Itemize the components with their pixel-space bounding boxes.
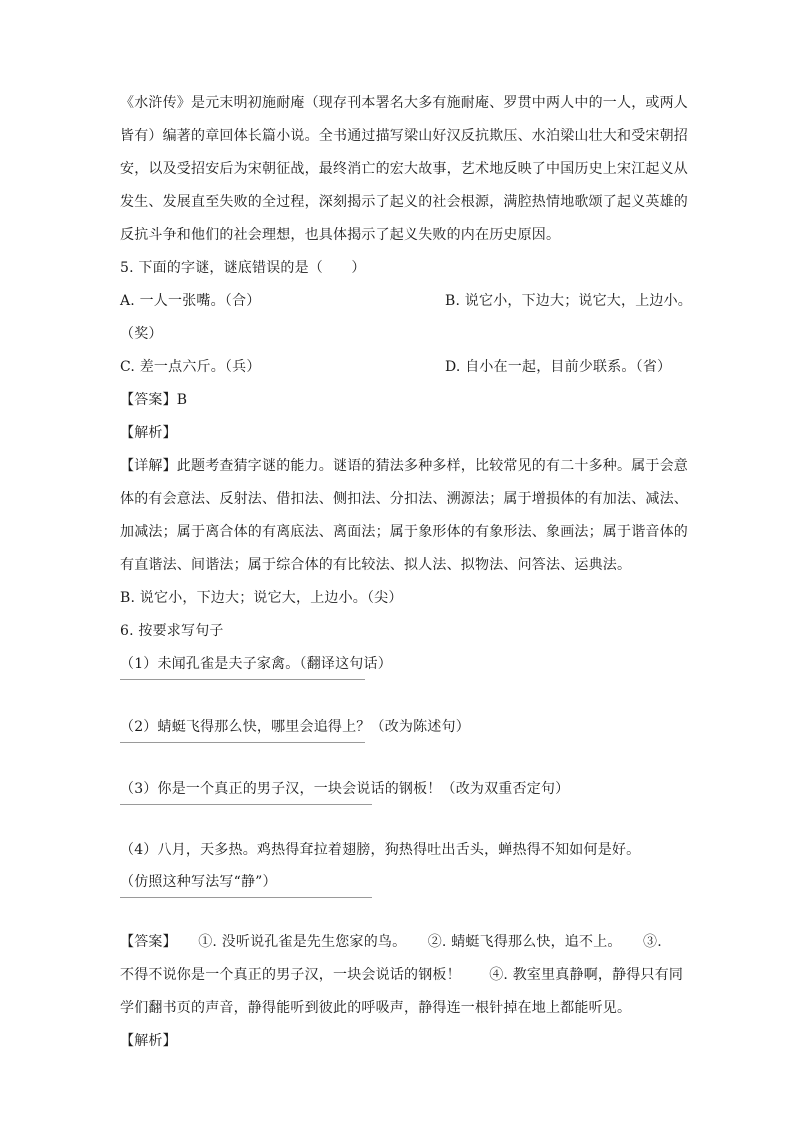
intro-paragraph-line: 安，以及受招安后为宋朝征战，最终消亡的宏大故事，艺术地反映了中国历史上宋江起义从 — [120, 160, 688, 178]
question-6-item-2: （2）蜻蜓飞得那么快，哪里会追得上？（改为陈述句） — [120, 718, 470, 736]
answer-line: 【答案】 ①. 没听说孔雀是先生您家的鸟。 ②. 蜻蜓飞得那么快，追不上。 ③. — [120, 933, 662, 951]
answer-blank-line-4[interactable] — [120, 897, 372, 898]
intro-paragraph-line: 《水浒传》是元末明初施耐庵（现存刊本署名大多有施耐庵、罗贯中两人中的一人，或两人 — [120, 94, 688, 112]
detail-line: 【详解】此题考查猜字谜的能力。谜语的猜法多种多样，比较常见的有二十多种。属于会意 — [120, 457, 688, 475]
question-6-item-4: （4）八月，天多热。鸡热得耷拉着翅膀，狗热得吐出舌头，蝉热得不知如何是好。 — [120, 841, 640, 859]
option-c: C. 差一点六斤。（兵） — [120, 358, 261, 376]
document-page: 《水浒传》是元末明初施耐庵（现存刊本署名大多有施耐庵、罗贯中两人中的一人，或两人… — [0, 0, 793, 1122]
intro-paragraph-line: 反抗斗争和他们的社会理想，也具体揭示了起义失败的内在历史原因。 — [120, 226, 560, 244]
option-a: A. 一人一张嘴。（合） — [120, 292, 260, 310]
answer-blank-line-1[interactable] — [120, 679, 365, 680]
answer-blank-line-2[interactable] — [120, 742, 365, 743]
question-6-item-4-continued: （仿照这种写法写“静”） — [120, 873, 277, 891]
analysis-label: 【解析】 — [120, 1032, 177, 1050]
answer-line: 学们翻书页的声音，静得能听到彼此的呼吸声，静得连一根针掉在地上都能听见。 — [120, 999, 631, 1017]
detail-line: 有直谐法、间谐法；属于综合体的有比较法、拟人法、拟物法、问答法、运典法。 — [120, 556, 631, 574]
option-b-continued: （奖） — [120, 325, 163, 343]
question-6-item-1: （1）未闻孔雀是夫子家禽。（翻译这句话） — [120, 655, 392, 673]
question-6-item-3: （3）你是一个真正的男子汉，一块会说话的钢板！（改为双重否定句） — [120, 780, 569, 798]
question-5-stem: 5. 下面的字谜，谜底错误的是（ ） — [120, 259, 366, 277]
analysis-label: 【解析】 — [120, 424, 177, 442]
intro-paragraph-line: 皆有）编著的章回体长篇小说。全书通过描写梁山好汉反抗欺压、水泊梁山壮大和受宋朝招 — [120, 127, 688, 145]
intro-paragraph-line: 发生、发展直至失败的全过程，深刻揭示了起义的社会根源，满腔热情地歌颂了起义英雄的 — [120, 193, 688, 211]
option-d: D. 自小在一起，目前少联系。（省） — [445, 358, 671, 376]
detail-line: 体的有会意法、反射法、借扣法、侧扣法、分扣法、溯源法；属于增损体的有加法、减法、 — [120, 490, 688, 508]
question-6-stem: 6. 按要求写句子 — [120, 622, 224, 640]
answer-label: 【答案】B — [120, 391, 187, 409]
answer-blank-line-3[interactable] — [120, 804, 372, 805]
answer-line: 不得不说你是一个真正的男子汉，一块会说话的钢板！ ④. 教室里真静啊，静得只有同 — [120, 966, 683, 984]
correction-line: B. 说它小，下边大；说它大，上边小。（尖） — [120, 589, 403, 607]
option-b: B. 说它小，下边大；说它大，上边小。 — [445, 292, 692, 310]
detail-line: 加减法；属于离合体的有离底法、离面法；属于象形体的有象形法、象画法；属于谐音体的 — [120, 523, 688, 541]
